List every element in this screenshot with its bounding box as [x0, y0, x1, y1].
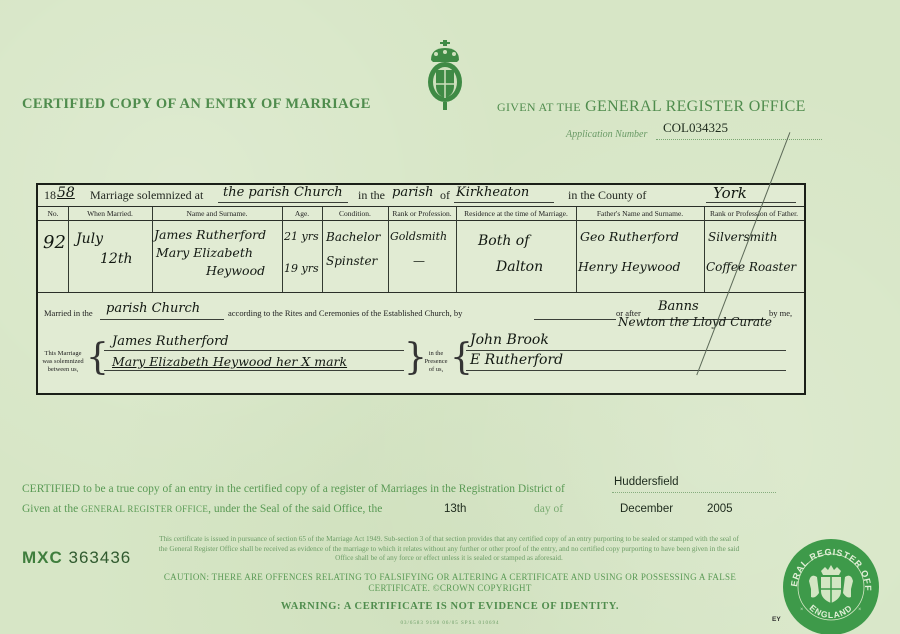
- district-line: [612, 492, 776, 493]
- col-father-profession: Rank or Profession of Father.: [704, 209, 804, 218]
- given-at-prefix-2: Given at the: [22, 503, 78, 515]
- col-name: Name and Surname.: [152, 209, 282, 218]
- place: Kirkheaton: [456, 185, 529, 200]
- bride-father-name: Henry Heywood: [578, 257, 680, 277]
- signatures-block: This Marriage was solemnized between us,…: [38, 330, 804, 394]
- or-after-value: Banns: [658, 299, 699, 314]
- certificate-year: 2005: [707, 503, 733, 515]
- identity-warning: WARNING: A CERTIFICATE IS NOT EVIDENCE O…: [160, 601, 740, 612]
- groom-profession: Goldsmith: [390, 227, 447, 247]
- officiant: Newton the Lloyd Curate: [618, 315, 772, 329]
- col-rank-profession: Rank or Profession.: [388, 209, 456, 218]
- entry-number: 92: [43, 233, 66, 253]
- county: York: [713, 184, 747, 202]
- groom-name: James Rutherford: [154, 225, 266, 245]
- col-age: Age.: [282, 209, 322, 218]
- by-me-label: by me,: [769, 309, 792, 317]
- given-at-office-heading: Given at the GENERAL REGISTER OFFICE: [497, 98, 806, 116]
- col-father-name: Father's Name and Surname.: [576, 209, 704, 218]
- party-groom-signature: James Rutherford: [112, 334, 229, 349]
- bride-age: 19 yrs: [284, 259, 319, 279]
- groom-father-name: Geo Rutherford: [580, 227, 679, 247]
- certification-line-2: Given at the GENERAL REGISTER OFFICE, un…: [22, 503, 382, 515]
- certificate-title: CERTIFIED COPY OF AN ENTRY OF MARRIAGE: [22, 96, 371, 113]
- certified-prefix: CERTIFIED: [22, 483, 80, 495]
- legal-fine-print: This certificate is issued in pursuance …: [155, 535, 743, 564]
- certificate-month: December: [620, 503, 673, 515]
- certificate-day: 13th: [444, 503, 466, 515]
- certified-text: to be a true copy of an entry in the cer…: [83, 483, 565, 495]
- bride-father-profession: Coffee Roaster: [706, 257, 796, 277]
- col-when-married: When Married.: [68, 209, 152, 218]
- svg-text:×: ×: [858, 607, 861, 613]
- application-number: COL034325: [663, 120, 728, 136]
- between-us-label: This Marriage was solemnized between us,: [40, 350, 86, 374]
- in-the-label: in the: [358, 188, 385, 203]
- entry-header: 18 58 Marriage solemnized at the parish …: [38, 185, 804, 207]
- marriage-solemnized-label: Marriage solemnized at: [90, 188, 203, 203]
- royal-crest-icon: [423, 40, 467, 110]
- groom-age: 21 yrs: [284, 227, 319, 247]
- form-code: 03/6583 9198 06/05 SPSL 010694: [360, 621, 540, 626]
- residence-line2: Dalton: [496, 257, 543, 277]
- year-prefix: 18: [44, 188, 56, 203]
- married-in-line: Married in the parish Church according t…: [38, 297, 804, 327]
- day-of-label: day of: [534, 503, 563, 515]
- caution-notice: CAUTION: THERE ARE OFFENCES RELATING TO …: [160, 572, 740, 594]
- of-label: of: [440, 188, 450, 203]
- entry-row: 92 July 12th James Rutherford Mary Eliza…: [38, 221, 804, 293]
- presence-label: in the Presence of us,: [422, 350, 450, 374]
- seal-text: , under the Seal of the said Office, the: [208, 503, 382, 515]
- when-married-day: 12th: [100, 249, 132, 269]
- parish: parish: [392, 185, 434, 200]
- register-entry: 18 58 Marriage solemnized at the parish …: [36, 183, 806, 395]
- rites-text: according to the Rites and Ceremonies of…: [228, 309, 462, 317]
- registration-district: Huddersfield: [614, 476, 679, 488]
- col-condition: Condition.: [322, 209, 388, 218]
- given-at-office-2: GENERAL REGISTER OFFICE: [81, 504, 208, 514]
- witness-1-signature: John Brook: [470, 332, 549, 348]
- bride-profession: —: [413, 251, 425, 271]
- bride-name-first: Mary Elizabeth: [156, 243, 253, 263]
- serial-number: 363436: [69, 548, 132, 567]
- given-at-prefix: Given at the: [497, 100, 581, 114]
- residence-line1: Both of: [478, 231, 529, 251]
- married-in-label: Married in the: [44, 309, 93, 317]
- certificate-serial: MXC 363436: [22, 548, 131, 568]
- witness-2-signature: E Rutherford: [470, 352, 563, 368]
- groom-father-profession: Silversmith: [708, 227, 777, 247]
- when-married-month: July: [76, 229, 103, 249]
- application-number-line: [656, 139, 822, 140]
- year-suffix: 58: [57, 185, 75, 201]
- party-bride-signature: Mary Elizabeth Heywood her X mark: [112, 354, 347, 369]
- married-in-place: parish Church: [106, 301, 200, 316]
- issuer-initials: EY: [772, 616, 781, 623]
- given-at-office: GENERAL REGISTER OFFICE: [585, 98, 806, 115]
- county-label: in the County of: [568, 188, 646, 203]
- bride-name-surname: Heywood: [206, 261, 265, 281]
- bride-condition: Spinster: [326, 251, 377, 271]
- svg-text:×: ×: [800, 607, 803, 613]
- solemnized-at: the parish Church: [223, 185, 343, 200]
- col-residence: Residence at the time of Marriage.: [456, 209, 576, 218]
- general-register-office-seal-icon: GENERAL REGISTER OFFICE ENGLAND × ×: [781, 537, 881, 634]
- col-no: No.: [38, 209, 68, 218]
- application-number-label: Application Number: [566, 129, 647, 140]
- certification-line-1: CERTIFIED to be a true copy of an entry …: [22, 483, 565, 495]
- serial-prefix: MXC: [22, 548, 63, 567]
- groom-condition: Bachelor: [326, 227, 380, 247]
